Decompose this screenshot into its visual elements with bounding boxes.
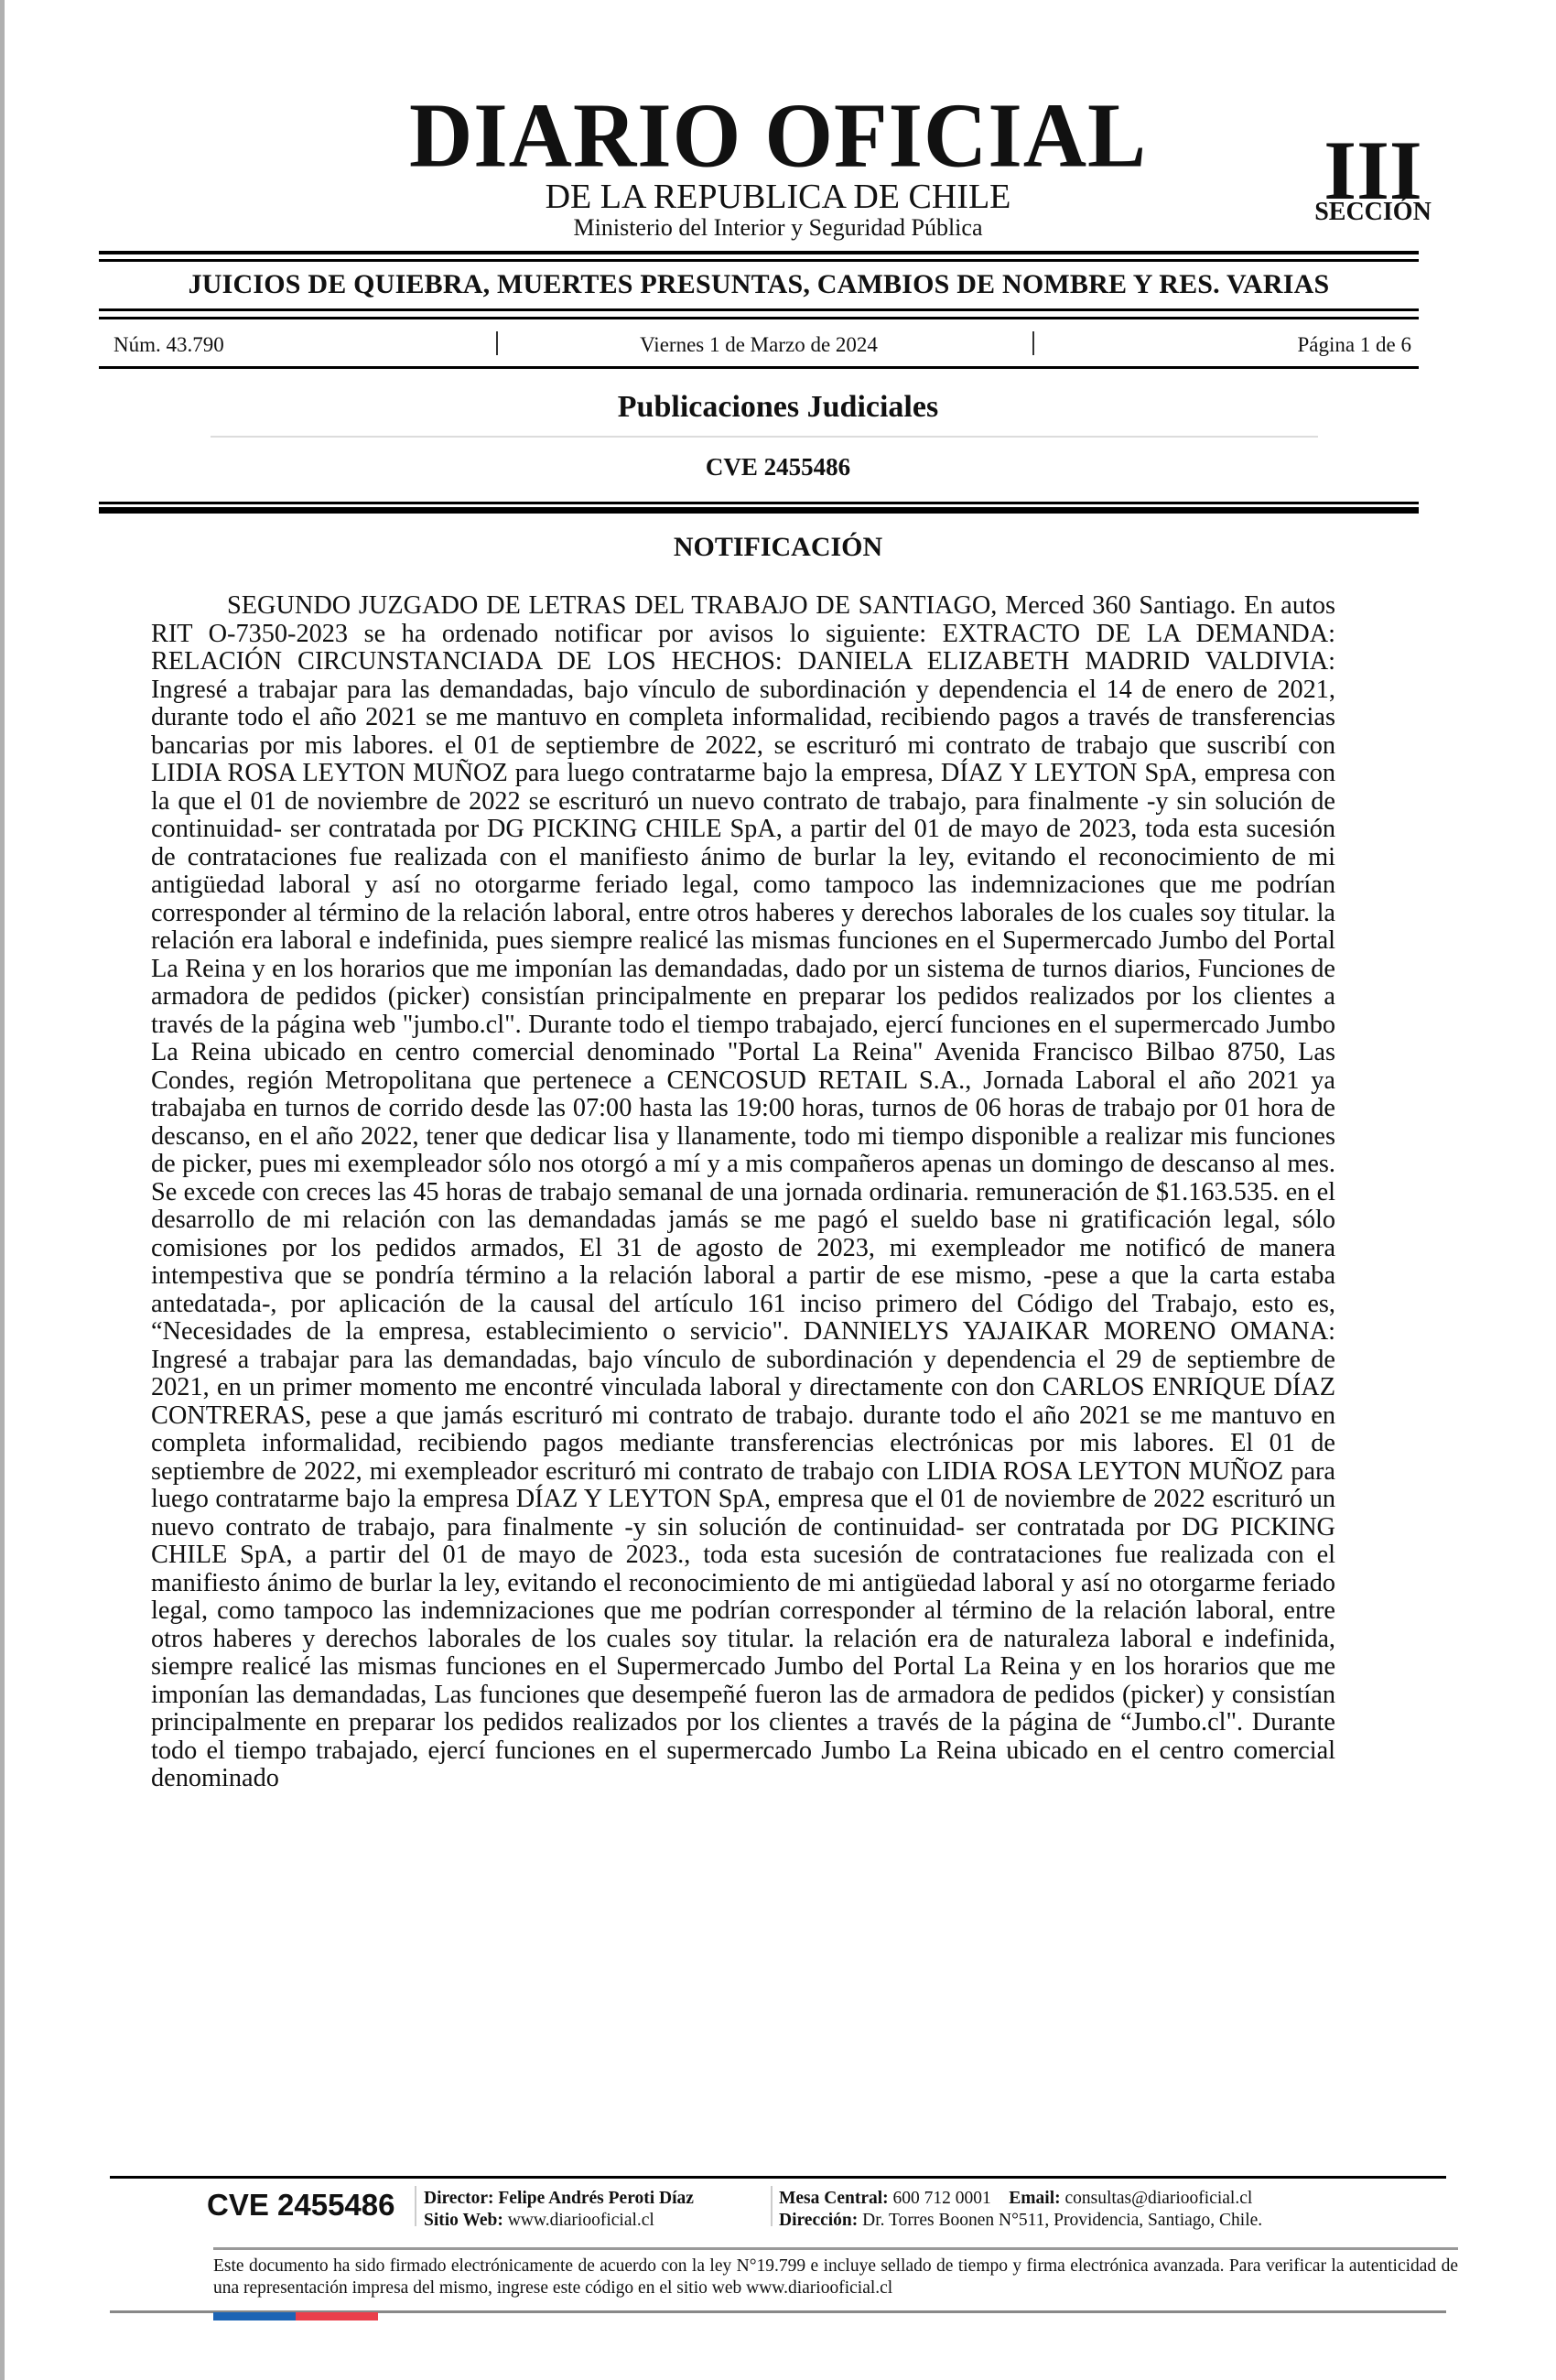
phone-number: 600 712 0001 — [893, 2189, 991, 2208]
divider — [99, 507, 1419, 514]
email-link[interactable]: consultas@diariooficial.cl — [1065, 2189, 1253, 2208]
flag-stripe-red — [296, 2312, 378, 2320]
address-text: Dr. Torres Boonen N°511, Providencia, Sa… — [862, 2211, 1262, 2230]
document-page: DIARIO OFICIAL DE LA REPUBLICA DE CHILE … — [0, 0, 1556, 2380]
footer-cve: CVE 2455486 — [207, 2190, 395, 2220]
notice-title: NOTIFICACIÓN — [0, 534, 1556, 561]
divider — [99, 308, 1419, 311]
footer-contact-block: Mesa Central: 600 712 0001 Email: consul… — [779, 2188, 1262, 2232]
page-indicator: Página 1 de 6 — [1297, 333, 1411, 357]
director-name: Felipe Andrés Peroti Díaz — [498, 2189, 694, 2208]
divider — [99, 259, 1419, 262]
website-label: Sitio Web: — [424, 2211, 503, 2230]
footer-director-block: Director: Felipe Andrés Peroti Díaz Siti… — [424, 2188, 694, 2232]
divider — [99, 317, 1419, 319]
divider — [771, 2186, 773, 2226]
divider — [415, 2186, 416, 2226]
address-label: Dirección: — [779, 2211, 858, 2230]
cve-code: CVE 2455486 — [0, 455, 1556, 480]
notice-body: SEGUNDO JUZGADO DE LETRAS DEL TRABAJO DE… — [151, 592, 1335, 1793]
divider — [99, 366, 1419, 369]
phone-label: Mesa Central: — [779, 2189, 889, 2208]
email-label: Email: — [1009, 2189, 1060, 2208]
issue-date: Viernes 1 de Marzo de 2024 — [99, 333, 1419, 357]
section-banner: JUICIOS DE QUIEBRA, MUERTES PRESUNTAS, C… — [99, 271, 1419, 298]
divider — [1032, 331, 1034, 355]
director-label: Director: — [424, 2189, 494, 2208]
legal-notice: Este documento ha sido firmado electróni… — [213, 2256, 1458, 2299]
divider — [211, 436, 1318, 438]
issue-info-bar: Núm. 43.790 Viernes 1 de Marzo de 2024 P… — [99, 331, 1419, 359]
divider — [99, 502, 1419, 504]
website-link[interactable]: www.diariooficial.cl — [508, 2211, 654, 2230]
divider — [99, 251, 1419, 254]
section-label: SECCIÓN — [1281, 200, 1464, 225]
divider — [213, 2247, 1458, 2250]
flag-stripe-blue — [213, 2312, 296, 2320]
publication-category: Publicaciones Judiciales — [0, 392, 1556, 423]
divider — [110, 2176, 1446, 2179]
